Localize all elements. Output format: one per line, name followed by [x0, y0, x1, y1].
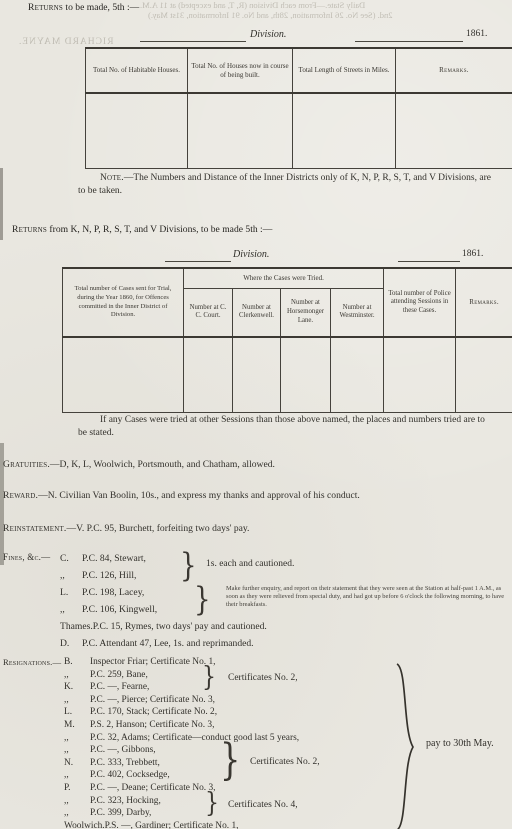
resignation-entry: ,,P.C. 402, Cocksedge,: [0, 769, 512, 782]
returns-label: Returns: [12, 224, 47, 235]
fines-section: Fines, &c.— C.P.C. 84, Stewart, ,,P.C. 1…: [0, 550, 512, 656]
reward-line: Reward.—N. Civilian Van Boolin, 10s., an…: [3, 490, 360, 501]
table2-empty-cell: [184, 337, 233, 413]
resignation-entry: B.Inspector Friar; Certificate No. 1,: [0, 656, 512, 669]
resignations-section: Resignations.— B.Inspector Friar; Certif…: [0, 656, 512, 829]
table2-empty-cell: [233, 337, 281, 413]
gratuities-line: Gratuities.—D, K, L, Woolwich, Portsmout…: [3, 459, 275, 470]
table1-header-remarks: Remarks.: [396, 48, 512, 93]
returns-rest: from K, N, P, R, S, T, and V Divisions, …: [47, 224, 272, 235]
table1-header-houses-building: Total No. of Houses now in course of bei…: [188, 48, 293, 93]
resignation-entry: L.P.C. 170, Stack; Certificate No. 2,: [0, 706, 512, 719]
ditto-mark: ,,: [60, 601, 82, 618]
brace-icon: }: [220, 737, 240, 780]
brace-icon: }: [194, 584, 211, 617]
ditto-mark: ,,: [64, 669, 90, 682]
fine-text: P.C. 106, Kingwell,: [82, 604, 157, 615]
note-other-sessions: If any Cases were tried at other Session…: [78, 414, 496, 439]
returns-label: Returns: [28, 2, 63, 13]
fine-text: P.C. 15, Rymes, two days' pay and cautio…: [93, 621, 267, 632]
gratuities-label: Gratuities.: [3, 459, 50, 470]
ditto-mark: ,,: [64, 807, 90, 820]
resignation-text: P.C. 333, Trebbett,: [90, 758, 160, 768]
table2-header-where-tried: Where the Cases were Tried.: [184, 268, 384, 288]
brace-icon: }: [180, 550, 197, 583]
note-inner-districts: Note.—The Numbers and Distance of the In…: [78, 172, 492, 197]
fines-group1-result: 1s. each and cautioned.: [206, 559, 294, 569]
date-blank-field: [355, 30, 463, 42]
fine-text: P.C. 198, Lacey,: [82, 587, 144, 598]
reward-text: —N. Civilian Van Boolin, 10s., and expre…: [38, 490, 360, 501]
table1-empty-cell: [86, 93, 188, 169]
division-label: Division.: [233, 249, 269, 260]
resignation-text: P.C. 402, Cocksedge,: [90, 770, 170, 780]
ditto-mark: ,,: [64, 744, 90, 757]
gratuities-text: —D, K, L, Woolwich, Portsmouth, and Chat…: [50, 459, 275, 470]
ditto-mark: ,,: [64, 769, 90, 782]
brace-icon: }: [205, 790, 219, 818]
year-label: 1861.: [462, 249, 483, 259]
table2-header-cc-court: Number at C. C. Court.: [184, 288, 233, 337]
division-year-row-2: Division. 1861.: [0, 249, 512, 263]
resignation-entry: K.P.C. —, Fearne,: [0, 681, 512, 694]
ditto-mark: ,,: [64, 694, 90, 707]
division-blank-field: [140, 30, 246, 42]
resignation-text: P.C. —, Gibbons,: [90, 745, 156, 755]
ditto-mark: ,,: [64, 732, 90, 745]
table2-empty-cell: [331, 337, 384, 413]
division-letter: L.: [60, 584, 82, 601]
table2-empty-cell: [281, 337, 331, 413]
date-blank-field: [398, 250, 460, 262]
resignation-text: P.S. 2, Hanson; Certificate No. 3,: [90, 720, 214, 730]
resignation-text: P.C. 259, Bane,: [90, 670, 148, 680]
division-letter: N.: [64, 757, 90, 770]
resignation-text: P.C. —, Deane; Certificate No. 3,: [90, 783, 216, 793]
scanned-police-orders-page: Daily State.—From each Division (R, T, a…: [0, 0, 512, 829]
table2-header-westminster: Number at Westminster.: [331, 288, 384, 337]
division-letter: C.: [60, 550, 82, 567]
division-letter: L.: [64, 706, 90, 719]
note-label: Note.: [100, 173, 124, 183]
brace-icon: }: [202, 664, 216, 692]
reinstatement-label: Reinstatement.: [3, 523, 67, 534]
returns-rest: to be made, 5th :—: [63, 2, 139, 13]
resignation-text: P.C. —, Fearne,: [90, 682, 149, 692]
fine-entry: D.P.C. Attendant 47, Lee, 1s. and reprim…: [0, 635, 512, 652]
fine-entry: ,,P.C. 126, Hill,: [0, 567, 512, 584]
division-letter: M.: [64, 719, 90, 732]
division-letter: Woolwich.: [64, 820, 105, 829]
bleedthrough-line-1: Daily State.—From each Division (R, T, a…: [140, 0, 365, 10]
table2-header-horsemonger: Number at Horsemonger Lane.: [281, 288, 331, 337]
division-letter: P.: [64, 782, 90, 795]
table2-header-clerkenwell: Number at Clerkenwell.: [233, 288, 281, 337]
table2-empty-cell: [63, 337, 184, 413]
table2-header-police: Total number of Police attending Session…: [384, 268, 456, 337]
resignation-entry: ,,P.C. —, Pierce; Certificate No. 3,: [0, 694, 512, 707]
resignation-text: P.C. 399, Darby,: [90, 808, 151, 818]
reward-label: Reward.: [3, 490, 38, 501]
division-year-row-1: Division. 1861.: [0, 29, 512, 43]
division-letter: D.: [60, 635, 82, 652]
scan-edge-artifact: [0, 168, 3, 240]
ditto-mark: ,,: [64, 795, 90, 808]
division-letter: K.: [64, 681, 90, 694]
table2-empty-cell: [456, 337, 512, 413]
fine-entry: Thames.P.C. 15, Rymes, two days' pay and…: [0, 618, 512, 635]
table2-empty-cell: [384, 337, 456, 413]
resignation-text: P.C. 32, Adams; Certificate—conduct good…: [90, 733, 299, 743]
resignation-text: P.C. 323, Hocking,: [90, 796, 161, 806]
table1-empty-cell: [396, 93, 512, 169]
resignations-group1-result: Certificates No. 2,: [228, 673, 298, 683]
resignation-text: P.C. —, Pierce; Certificate No. 3,: [90, 695, 215, 705]
resignation-entry: Woolwich.P.S. —, Gardiner; Certificate N…: [0, 820, 512, 829]
fines-group2-note: Make further enquiry, and report on thei…: [226, 585, 510, 608]
resignations-group3-result: Certificates No. 4,: [228, 800, 298, 810]
big-brace-icon: [392, 662, 420, 829]
reinstatement-text: —V. P.C. 95, Burchett, forfeiting two da…: [67, 523, 250, 534]
note-text: —The Numbers and Distance of the Inner D…: [78, 173, 491, 196]
resignation-entry: P.P.C. —, Deane; Certificate No. 3,: [0, 782, 512, 795]
table1-empty-cell: [293, 93, 396, 169]
division-letter: B.: [64, 656, 90, 669]
returns-heading-2: Returns from K, N, P, R, S, T, and V Div…: [12, 224, 272, 235]
division-blank-field: [165, 250, 231, 262]
division-letter: Thames.: [60, 618, 93, 635]
table1-header-street-length: Total Length of Streets in Miles.: [293, 48, 396, 93]
reinstatement-line: Reinstatement.—V. P.C. 95, Burchett, for…: [3, 523, 249, 534]
bleedthrough-line-2: 2nd. (See No. 26 Information, 28th, and …: [148, 10, 393, 20]
fine-text: P.C. 84, Stewart,: [82, 553, 146, 564]
table2-header-cases: Total number of Cases sent for Trial, du…: [63, 268, 184, 337]
table2-header-remarks: Remarks.: [456, 268, 512, 337]
ditto-mark: ,,: [60, 567, 82, 584]
table1-header-habitable-houses: Total No. of Habitable Houses.: [86, 48, 188, 93]
resignations-group2-result: Certificates No. 2,: [250, 757, 320, 767]
year-label: 1861.: [466, 29, 487, 39]
returns-heading-1: Returns to be made, 5th :—: [28, 2, 139, 13]
resignation-entry: M.P.S. 2, Hanson; Certificate No. 3,: [0, 719, 512, 732]
division-label: Division.: [250, 29, 286, 40]
table1-empty-cell: [188, 93, 293, 169]
fine-text: P.C. 126, Hill,: [82, 570, 136, 581]
cases-tried-table: Total number of Cases sent for Trial, du…: [62, 267, 512, 413]
fine-text: P.C. Attendant 47, Lee, 1s. and repriman…: [82, 638, 254, 649]
resignation-text: P.S. —, Gardiner; Certificate No. 1,: [105, 821, 239, 829]
habitable-houses-table: Total No. of Habitable Houses. Total No.…: [85, 47, 512, 169]
resignation-text: Inspector Friar; Certificate No. 1,: [90, 657, 215, 667]
resignations-pay-note: pay to 30th May.: [426, 738, 494, 749]
resignation-text: P.C. 170, Stack; Certificate No. 2,: [90, 707, 217, 717]
